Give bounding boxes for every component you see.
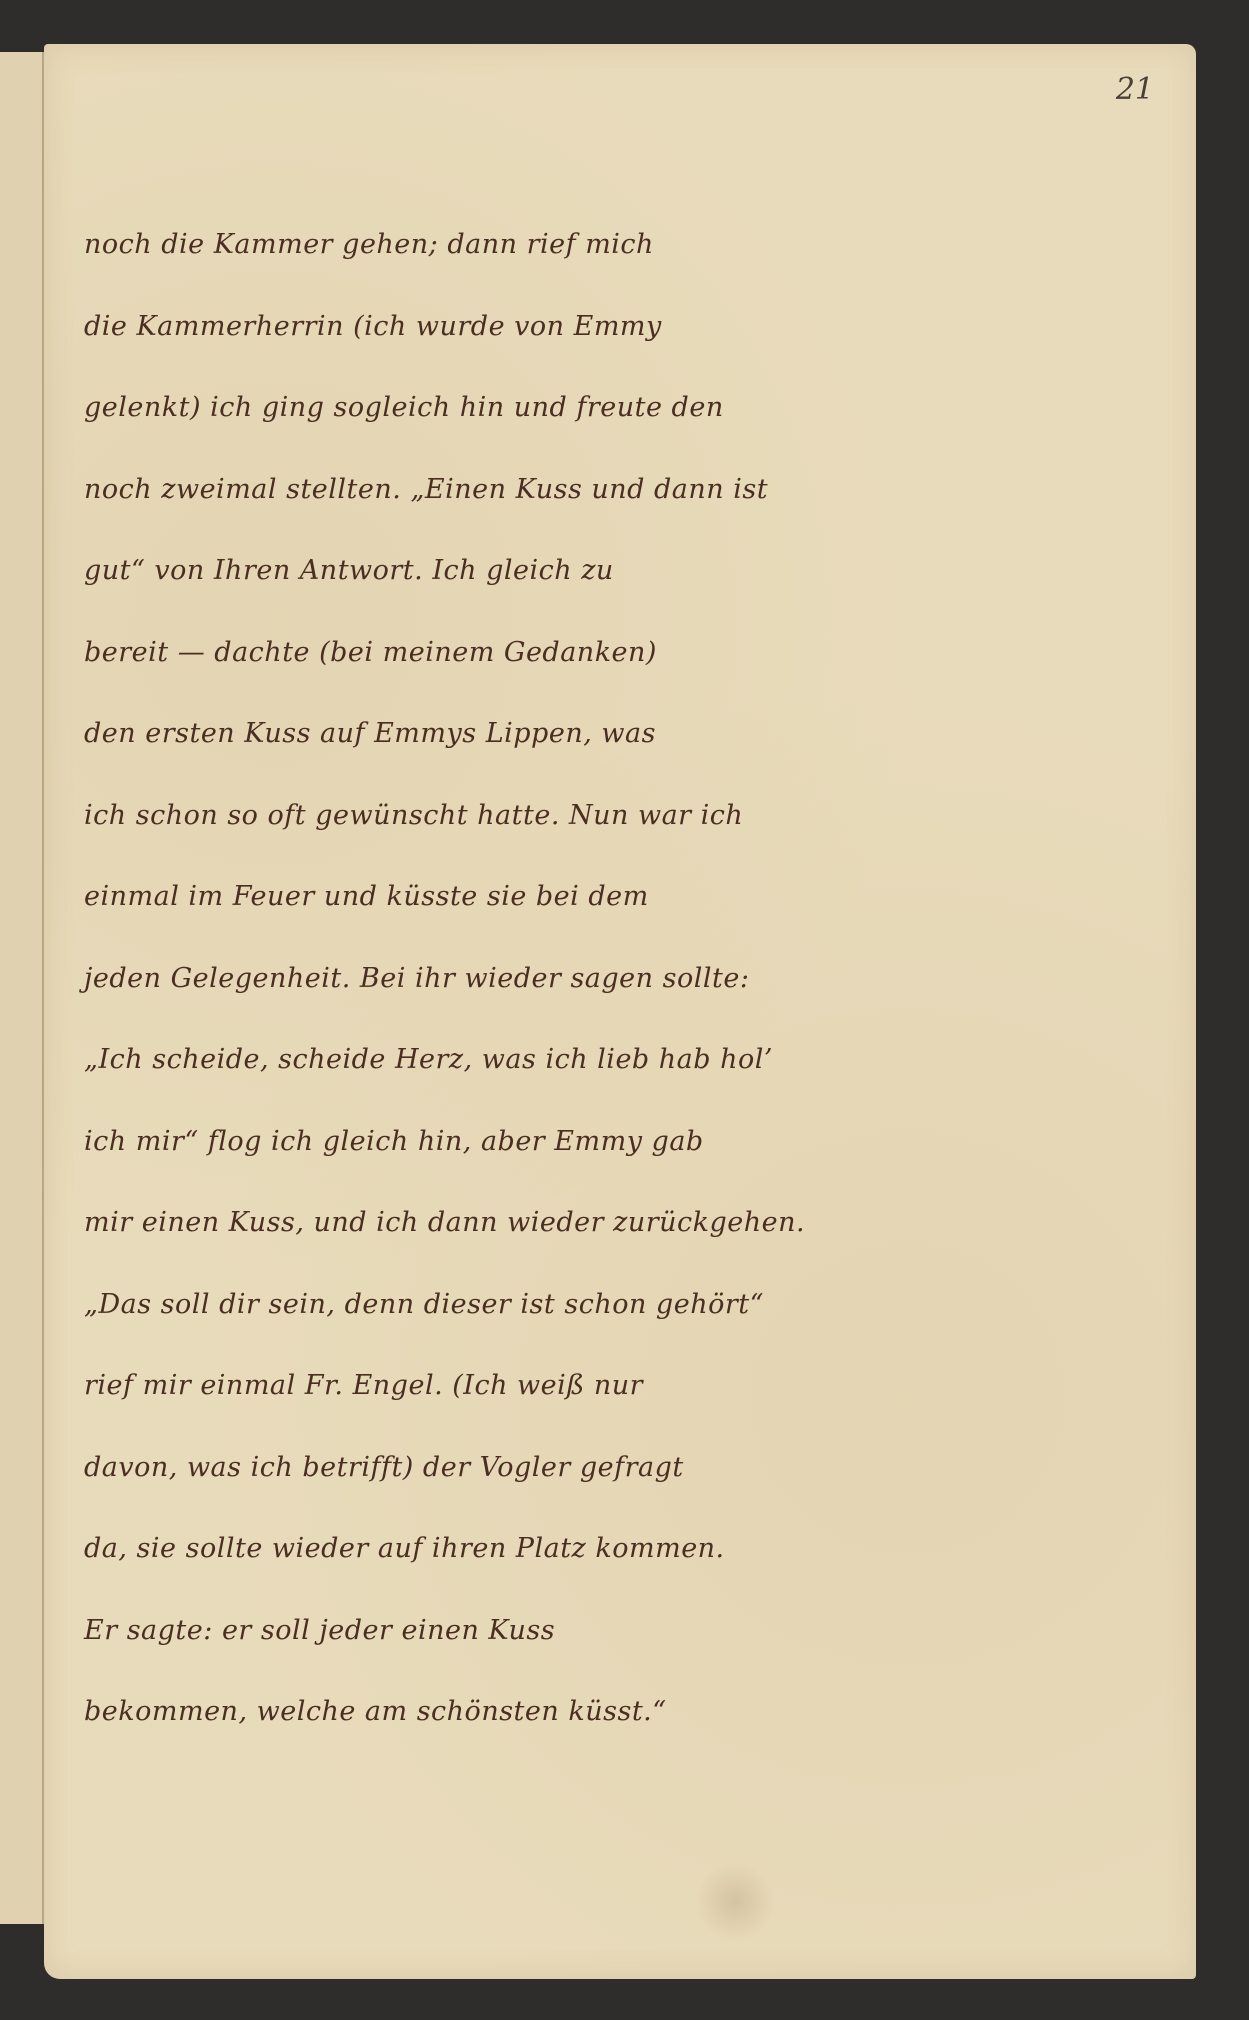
text-line: „Ich scheide, scheide Herz, was ich lieb… [84,1019,984,1101]
text-line: noch die Kammer gehen; dann rief mich [84,204,984,286]
text-line: rief mir einmal Fr. Engel. (Ich weiß nur [84,1345,984,1427]
text-line: die Kammerherrin (ich wurde von Emmy [84,286,984,368]
facing-page-edge [0,52,44,1924]
text-line: jeden Gelegenheit. Bei ihr wieder sagen … [84,938,984,1020]
text-line: den ersten Kuss auf Emmys Lippen, was [84,693,984,775]
text-line: da, sie sollte wieder auf ihren Platz ko… [84,1508,984,1590]
text-line: bereit — dachte (bei meinem Gedanken) [84,612,984,694]
text-line: gut“ von Ihren Antwort. Ich gleich zu [84,530,984,612]
page-number: 21 [1116,72,1154,107]
text-line: noch zweimal stellten. „Einen Kuss und d… [84,449,984,531]
text-line: ich schon so oft gewünscht hatte. Nun wa… [84,775,984,857]
text-line: bekommen, welche am schönsten küsst.“ [84,1671,984,1753]
manuscript-page: 21 noch die Kammer gehen; dann rief mich… [44,44,1196,1979]
text-line: Er sagte: er soll jeder einen Kuss [84,1590,984,1672]
text-line: „Das soll dir sein, denn dieser ist scho… [84,1264,984,1346]
text-line: ich mir“ flog ich gleich hin, aber Emmy … [84,1101,984,1183]
handwritten-text-block: noch die Kammer gehen; dann rief mich di… [84,204,984,1753]
text-line: mir einen Kuss, und ich dann wieder zurü… [84,1182,984,1264]
text-line: einmal im Feuer und küsste sie bei dem [84,856,984,938]
text-line: davon, was ich betrifft) der Vogler gefr… [84,1427,984,1509]
text-line: gelenkt) ich ging sogleich hin und freut… [84,367,984,449]
